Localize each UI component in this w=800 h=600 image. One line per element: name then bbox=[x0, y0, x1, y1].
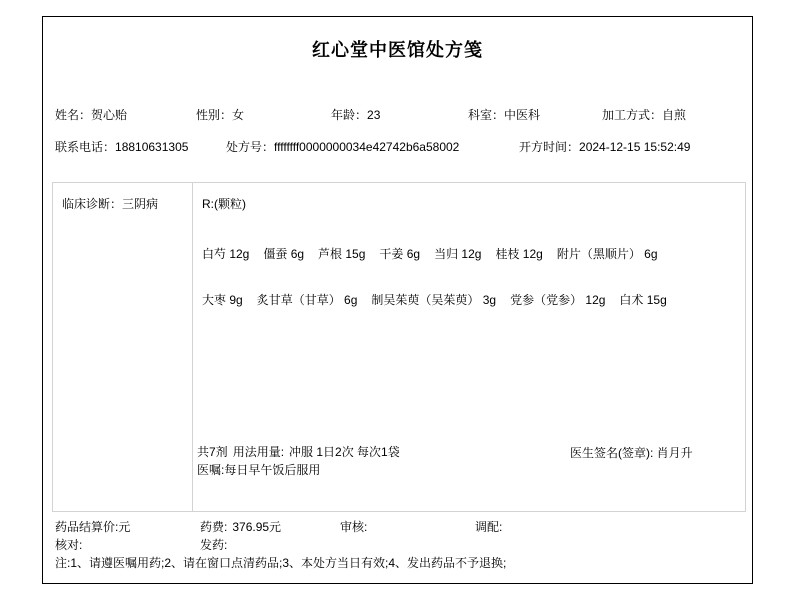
footer-note: 注:1、请遵医嘱用药;2、请在窗口点清药品;3、本处方当日有效;4、发出药品不予… bbox=[55, 555, 506, 571]
settlement-price-value: 元 bbox=[118, 520, 130, 534]
page-title: 红心堂中医馆处方笺 bbox=[42, 36, 753, 62]
field-gender-label: 性别： bbox=[196, 108, 232, 122]
field-department-label: 科室： bbox=[468, 108, 504, 122]
instruction-label: 医嘱: bbox=[197, 463, 224, 477]
herb-line: 白芍 12g僵蚕 6g芦根 15g干姜 6g当归 12g桂枝 12g附片（黑顺片… bbox=[202, 245, 732, 263]
diagnosis-value: 三阴病 bbox=[122, 197, 158, 211]
prescription-page: 红心堂中医馆处方笺 姓名：贺心贻 性别：女 年龄：23 科室：中医科 加工方式：… bbox=[0, 0, 800, 600]
field-age-value: 23 bbox=[367, 108, 380, 122]
herb-item: 芦根 15g bbox=[318, 247, 365, 261]
field-name: 姓名：贺心贻 bbox=[55, 107, 127, 123]
field-rx-number-label: 处方号： bbox=[226, 140, 274, 154]
field-phone-label: 联系电话： bbox=[55, 140, 115, 154]
doctor-signature-name: 肖月升 bbox=[657, 446, 693, 460]
herb-list: 白芍 12g僵蚕 6g芦根 15g干姜 6g当归 12g桂枝 12g附片（黑顺片… bbox=[202, 245, 732, 337]
field-rx-number-value: ffffffff0000000034e42742b6a58002 bbox=[274, 140, 459, 154]
field-gender-value: 女 bbox=[232, 108, 244, 122]
usage-line: 共7剂用法用量:冲服 1日2次 每次1袋 bbox=[197, 444, 400, 460]
instruction-line: 医嘱:每日早午饭后服用 bbox=[197, 462, 320, 478]
diagnosis-label: 临床诊断： bbox=[62, 197, 122, 211]
field-processing: 加工方式：自煎 bbox=[602, 107, 686, 123]
field-department-value: 中医科 bbox=[504, 108, 540, 122]
herb-item: 僵蚕 6g bbox=[263, 247, 304, 261]
instruction-value: 每日早午饭后服用 bbox=[224, 463, 320, 477]
diagnosis: 临床诊断：三阴病 bbox=[62, 196, 158, 212]
herb-item: 白术 15g bbox=[619, 293, 666, 307]
field-rx-number: 处方号：ffffffff0000000034e42742b6a58002 bbox=[226, 139, 459, 155]
field-gender: 性别：女 bbox=[196, 107, 244, 123]
rx-header: R:(颗粒) bbox=[202, 196, 246, 212]
field-issue-time: 开方时间：2024-12-15 15:52:49 bbox=[519, 139, 690, 155]
herb-item: 当归 12g bbox=[434, 247, 481, 261]
herb-line: 大枣 9g炙甘草（甘草） 6g制吴茱萸（吴茱萸） 3g党参（党参） 12g白术 … bbox=[202, 291, 732, 309]
herb-item: 干姜 6g bbox=[379, 247, 420, 261]
herb-item: 桂枝 12g bbox=[495, 247, 542, 261]
settlement-price-label: 药品结算价: bbox=[55, 520, 118, 534]
settlement-price: 药品结算价:元 bbox=[55, 519, 130, 535]
medicine-fee-value: 376.95元 bbox=[232, 520, 281, 534]
herb-item: 炙甘草（甘草） 6g bbox=[257, 293, 358, 307]
field-processing-label: 加工方式： bbox=[602, 108, 662, 122]
field-issue-time-value: 2024-12-15 15:52:49 bbox=[579, 140, 690, 154]
field-department: 科室：中医科 bbox=[468, 107, 540, 123]
doctor-signature-label: 医生签名(签章): bbox=[570, 446, 657, 460]
field-phone: 联系电话：18810631305 bbox=[55, 139, 188, 155]
medicine-fee: 药费:376.95元 bbox=[200, 519, 281, 535]
herb-item: 附片（黑顺片） 6g bbox=[557, 247, 658, 261]
diagnosis-divider bbox=[192, 182, 193, 512]
field-age-label: 年龄： bbox=[331, 108, 367, 122]
prescription-box bbox=[52, 182, 746, 512]
dispense-field: 调配: bbox=[475, 519, 502, 535]
field-name-label: 姓名： bbox=[55, 108, 91, 122]
review-field: 审核: bbox=[340, 519, 367, 535]
medicine-fee-label: 药费: bbox=[200, 520, 227, 534]
dose-count: 共7剂 bbox=[197, 445, 228, 459]
herb-item: 大枣 9g bbox=[202, 293, 243, 307]
field-phone-value: 18810631305 bbox=[115, 140, 188, 154]
issue-field: 发药: bbox=[200, 537, 227, 553]
field-issue-time-label: 开方时间： bbox=[519, 140, 579, 154]
usage-value: 冲服 1日2次 每次1袋 bbox=[289, 445, 400, 459]
field-processing-value: 自煎 bbox=[662, 108, 686, 122]
doctor-signature: 医生签名(签章): 肖月升 bbox=[570, 444, 702, 462]
herb-item: 制吴茱萸（吴茱萸） 3g bbox=[371, 293, 496, 307]
check-field: 核对: bbox=[55, 537, 82, 553]
herb-item: 党参（党参） 12g bbox=[510, 293, 605, 307]
field-age: 年龄：23 bbox=[331, 107, 380, 123]
herb-item: 白芍 12g bbox=[202, 247, 249, 261]
usage-label: 用法用量: bbox=[233, 445, 284, 459]
field-name-value: 贺心贻 bbox=[91, 108, 127, 122]
